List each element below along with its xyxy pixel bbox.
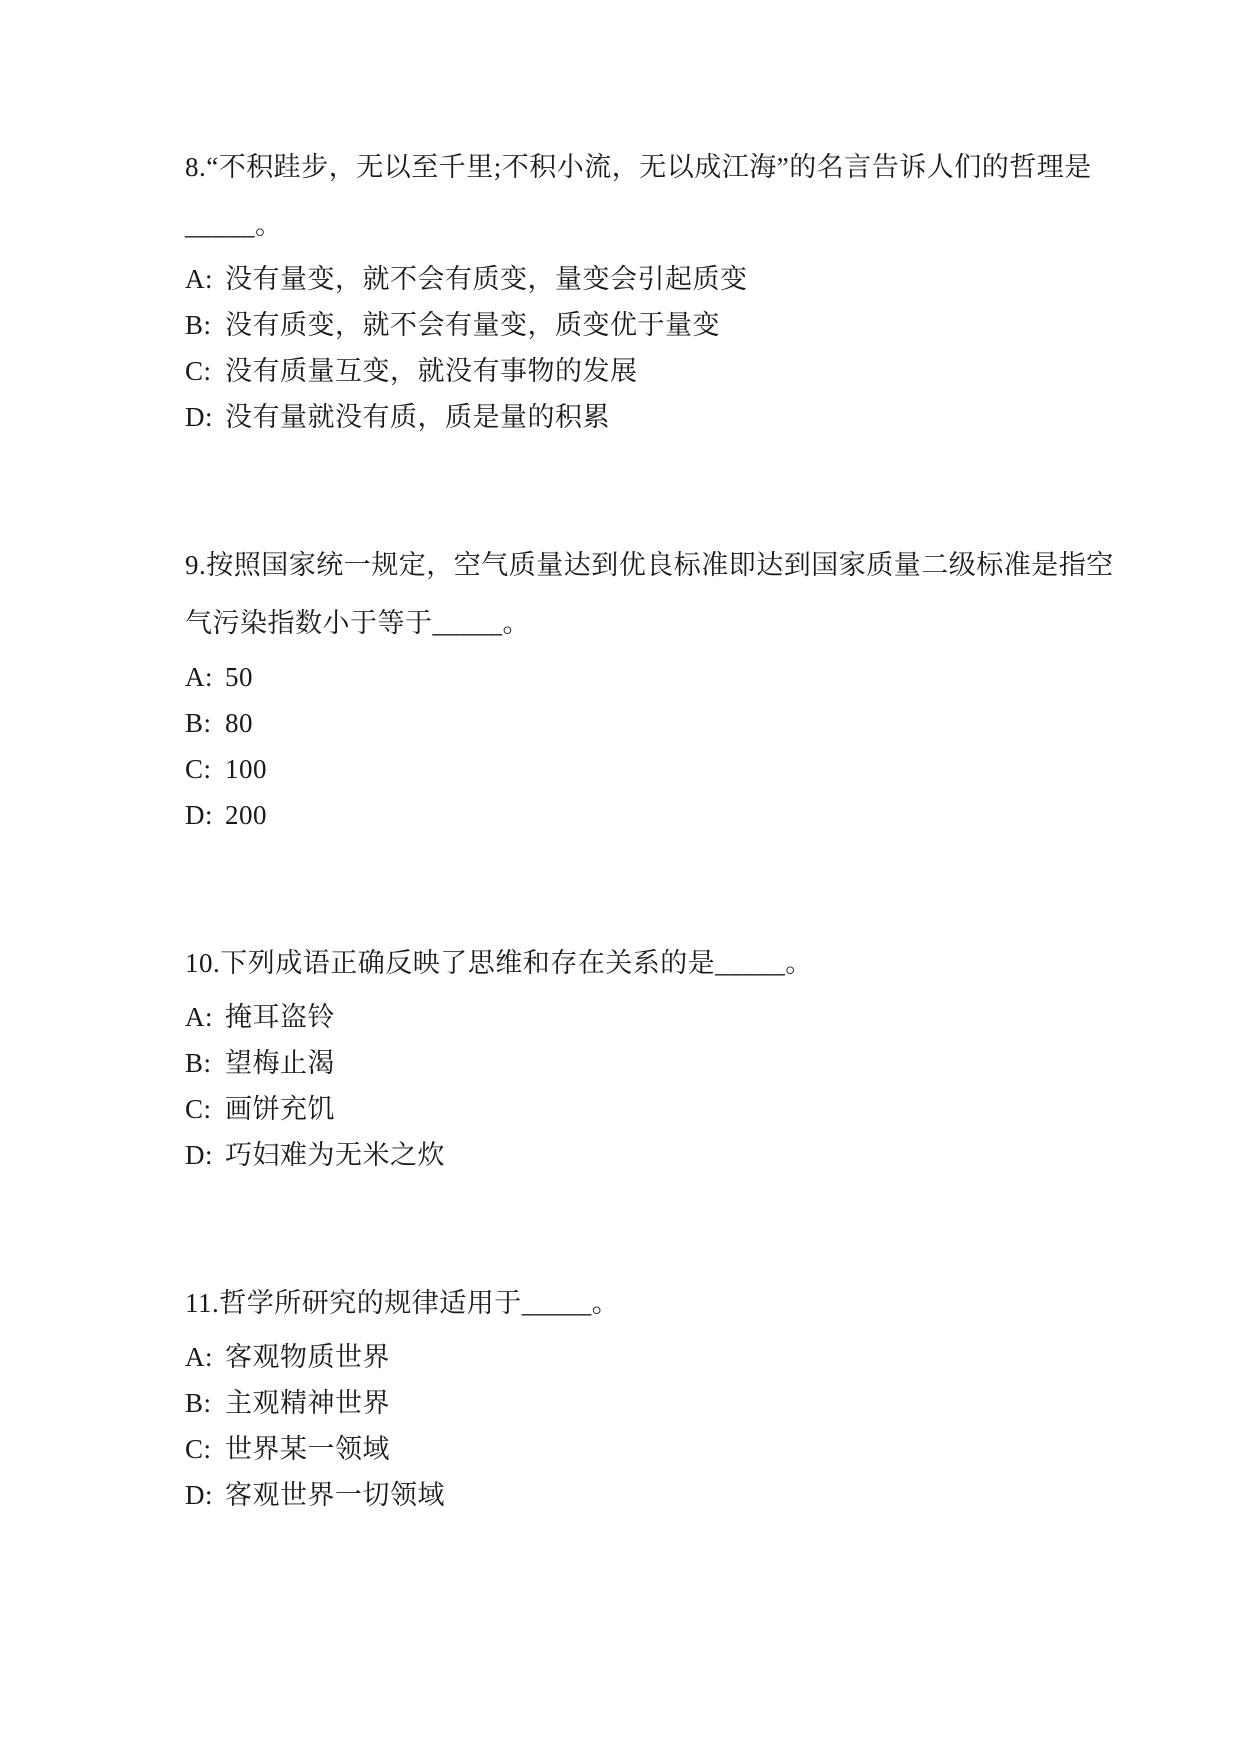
option-row: A:掩耳盗铃	[185, 994, 1100, 1040]
question-stem-line: 10.下列成语正确反映了思维和存在关系的是_____。	[185, 934, 1100, 992]
question-stem-line: 9.按照国家统一规定，空气质量达到优良标准即达到国家质量二级标准是指空	[185, 536, 1100, 594]
option-text: 100	[225, 746, 267, 792]
options-list: A:客观物质世界B:主观精神世界C:世界某一领域D:客观世界一切领域	[185, 1334, 1100, 1518]
options-list: A:50B:80C:100D:200	[185, 654, 1100, 838]
option-row: D:200	[185, 792, 1100, 838]
option-row: A:没有量变，就不会有质变，量变会引起质变	[185, 256, 1100, 302]
option-text: 掩耳盗铃	[225, 994, 335, 1040]
option-text: 没有质变，就不会有量变，质变优于量变	[225, 302, 720, 348]
option-text: 客观物质世界	[225, 1334, 390, 1380]
option-text: 世界某一领域	[225, 1426, 390, 1472]
option-label: C:	[185, 746, 225, 792]
option-label: A:	[185, 1334, 225, 1380]
option-label: C:	[185, 348, 225, 394]
option-row: C:画饼充饥	[185, 1086, 1100, 1132]
option-text: 画饼充饥	[225, 1086, 335, 1132]
option-row: A:50	[185, 654, 1100, 700]
option-row: D:没有量就没有质，质是量的积累	[185, 394, 1100, 440]
option-label: B:	[185, 302, 225, 348]
option-row: B:望梅止渴	[185, 1040, 1100, 1086]
question-10: 10.下列成语正确反映了思维和存在关系的是_____。A:掩耳盗铃B:望梅止渴C…	[185, 934, 1100, 1178]
option-label: B:	[185, 1380, 225, 1426]
option-row: A:客观物质世界	[185, 1334, 1100, 1380]
question-8: 8.“不积跬步，无以至千里;不积小流，无以成江海”的名言告诉人们的哲理是____…	[185, 138, 1100, 440]
option-label: C:	[185, 1426, 225, 1472]
option-row: C:没有质量互变，就没有事物的发展	[185, 348, 1100, 394]
option-text: 没有量就没有质，质是量的积累	[225, 394, 610, 440]
option-text: 望梅止渴	[225, 1040, 335, 1086]
option-label: D:	[185, 394, 225, 440]
option-label: A:	[185, 994, 225, 1040]
option-label: A:	[185, 654, 225, 700]
option-row: D:巧妇难为无米之炊	[185, 1132, 1100, 1178]
option-label: D:	[185, 792, 225, 838]
option-label: B:	[185, 1040, 225, 1086]
option-label: D:	[185, 1132, 225, 1178]
question-stem-line: 11.哲学所研究的规律适用于_____。	[185, 1274, 1100, 1332]
option-row: B:主观精神世界	[185, 1380, 1100, 1426]
options-list: A:掩耳盗铃B:望梅止渴C:画饼充饥D:巧妇难为无米之炊	[185, 994, 1100, 1178]
option-text: 客观世界一切领域	[225, 1472, 445, 1518]
option-text: 80	[225, 700, 253, 746]
option-text: 巧妇难为无米之炊	[225, 1132, 445, 1178]
option-text: 50	[225, 654, 253, 700]
option-row: C:100	[185, 746, 1100, 792]
option-row: C:世界某一领域	[185, 1426, 1100, 1472]
option-row: B:没有质变，就不会有量变，质变优于量变	[185, 302, 1100, 348]
option-row: B:80	[185, 700, 1100, 746]
option-text: 没有质量互变，就没有事物的发展	[225, 348, 638, 394]
option-label: A:	[185, 256, 225, 302]
exam-page: 8.“不积跬步，无以至千里;不积小流，无以成江海”的名言告诉人们的哲理是____…	[0, 0, 1240, 1753]
option-label: D:	[185, 1472, 225, 1518]
question-stem-line: 气污染指数小于等于_____。	[185, 594, 1100, 652]
option-label: B:	[185, 700, 225, 746]
option-text: 200	[225, 792, 267, 838]
question-list: 8.“不积跬步，无以至千里;不积小流，无以成江海”的名言告诉人们的哲理是____…	[185, 138, 1100, 1518]
option-text: 主观精神世界	[225, 1380, 390, 1426]
question-stem-line: _____。	[185, 196, 1100, 254]
question-stem-line: 8.“不积跬步，无以至千里;不积小流，无以成江海”的名言告诉人们的哲理是	[185, 138, 1100, 196]
option-label: C:	[185, 1086, 225, 1132]
question-11: 11.哲学所研究的规律适用于_____。A:客观物质世界B:主观精神世界C:世界…	[185, 1274, 1100, 1518]
option-row: D:客观世界一切领域	[185, 1472, 1100, 1518]
option-text: 没有量变，就不会有质变，量变会引起质变	[225, 256, 748, 302]
question-9: 9.按照国家统一规定，空气质量达到优良标准即达到国家质量二级标准是指空气污染指数…	[185, 536, 1100, 838]
options-list: A:没有量变，就不会有质变，量变会引起质变B:没有质变，就不会有量变，质变优于量…	[185, 256, 1100, 440]
